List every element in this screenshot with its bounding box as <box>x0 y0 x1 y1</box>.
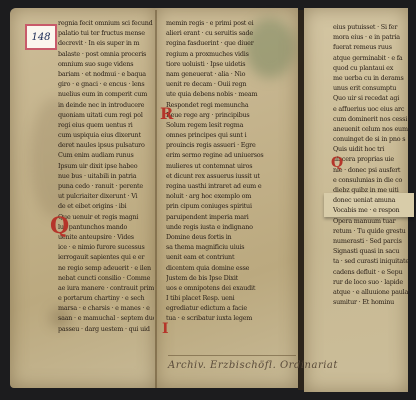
text-line: cum dominerit nos cessi <box>333 114 408 124</box>
text-line: regina fasduerint · que diuer <box>166 38 296 48</box>
text-line: ice · e nimio furore sucessus <box>58 242 154 252</box>
text-line: omnes principes qui sunt i <box>166 130 296 140</box>
text-line: cadens defluit · e Sepu <box>333 267 408 277</box>
text-line: regnia fecit omnium sci fecund <box>58 18 154 28</box>
text-line: quod cu plantaui ex <box>333 63 408 73</box>
text-line: eius putuisset · Si fer <box>333 22 408 32</box>
text-column-middle: memin regis · e primi post eialieri eran… <box>166 18 296 324</box>
text-line: retum · Tu quide grestu <box>333 226 408 236</box>
text-line: nam geneuerat · alia · Nio <box>166 69 296 79</box>
text-line: numerasti · Sed parcis <box>333 236 408 246</box>
text-line: Respondet regi memuncha <box>166 100 296 110</box>
text-line: mulieres ut contemnat uiros <box>166 161 296 171</box>
text-line: in deinde nec in introducere <box>58 100 154 110</box>
red-initial-i: I <box>162 321 169 337</box>
text-line: rur de loco suo · lapide <box>333 277 408 287</box>
text-line: et dicunt rex assuerus iussit ut <box>166 171 296 181</box>
text-line: palatio tui ter fructus mense <box>58 28 154 38</box>
text-line: Opera manuum tuar <box>333 216 408 226</box>
text-line: omnium suo suge videns <box>58 59 154 69</box>
text-line: fuerat remeus ruus <box>333 42 408 52</box>
text-column-right: eius putuisset · Si fermora eius · e in … <box>333 22 408 307</box>
text-line: ta · sed curasti iniquitate <box>333 256 408 266</box>
folio-number: 148 <box>31 32 50 43</box>
text-line: I tibi placet Resp. ueni <box>166 293 296 303</box>
text-line: noluit · arg hoc exemplo om <box>166 191 296 201</box>
text-line: Solum regem lesit regma <box>166 120 296 130</box>
text-line: bariam · et nodmui · e baqua <box>58 69 154 79</box>
text-line: aneuenit celum nos eum <box>333 124 408 134</box>
text-line: uos e omnipotens dei exaudit <box>166 283 296 293</box>
text-line: mora eius · e in patria <box>333 32 408 42</box>
text-line: sumitur · Et hominu <box>333 297 408 307</box>
text-line: decrevit · In eis super in m <box>58 38 154 48</box>
text-line: luz pantunchos mando <box>58 222 154 232</box>
text-line: puna cedo · ranuit · perente <box>58 181 154 191</box>
text-line: de et eibet origins · ibi <box>58 201 154 211</box>
text-line: Quis uidit hoc tri <box>333 144 408 154</box>
text-line: balaste · post omnia proceris <box>58 49 154 59</box>
text-line: memin regis · e primi post ei <box>166 18 296 28</box>
bottom-rule <box>168 355 296 356</box>
text-line: dicentem quia domine esse <box>166 263 296 273</box>
folio-number-label: 148 <box>25 24 57 50</box>
shelfmark-annotation: Archiv. Erzbischöfl. Ordinariat <box>168 360 338 371</box>
text-line: uenit re decam · Ouii regn <box>166 79 296 89</box>
text-line: e consulunias in die co <box>333 175 408 185</box>
text-line: alieri erant · cu seruitis sade <box>166 28 296 38</box>
text-line: uiscera proprias uie <box>333 154 408 164</box>
text-line: nuelius eum in comperit cum <box>58 89 154 99</box>
text-line: unus erit consumptu <box>333 83 408 93</box>
text-line: paruipendent imperia mari <box>166 212 296 222</box>
text-line: nue bus · uitabili in patria <box>58 171 154 181</box>
text-line: atque germinabit · e fa <box>333 53 408 63</box>
text-line: regium a proxmuches vidis <box>166 49 296 59</box>
text-line: atque · e alluuione paula <box>333 287 408 297</box>
text-line: prin cipum coniuges spiritui <box>166 201 296 211</box>
text-line: Ipsum uir dixit ipse habeo <box>58 161 154 171</box>
text-line: donec ueniat amuna <box>333 195 408 205</box>
text-line: Signasti quasi in sacu <box>333 246 408 256</box>
text-line: Cum enim audiam runus <box>58 150 154 160</box>
text-line: quoniam uitati cum regi pol <box>58 110 154 120</box>
text-line: saan · e mamuchal · septem duc <box>58 313 154 323</box>
text-line: Reue rege arg · principibus <box>166 110 296 120</box>
text-line: sa thema magnificiu uiuis <box>166 242 296 252</box>
text-line: Quo uir si recedat agi <box>333 93 408 103</box>
text-line: ute quia debens nobis · meam <box>166 89 296 99</box>
text-line: uenit eam et contriunt <box>166 252 296 262</box>
text-line: erim sermo regine ad uniuersos <box>166 150 296 160</box>
text-line: egrediatur edictum a facie <box>166 303 296 313</box>
text-line: diebz quibz in me uiti <box>333 185 408 195</box>
text-line: giro · e gnaci · e encus · lens <box>58 79 154 89</box>
text-line: regi eius quem uentus ri <box>58 120 154 130</box>
fold-line <box>155 10 157 388</box>
red-initial-r: R <box>160 104 173 123</box>
red-initial-q: Q <box>50 213 69 239</box>
text-line: ae iura manere · contrauit prim <box>58 283 154 293</box>
text-line: Justem de bis Ipse Dixit <box>166 273 296 283</box>
text-line: me uerba cu in derams <box>333 73 408 83</box>
text-line: unde regis iusta e indignano <box>166 222 296 232</box>
text-line: marsa · e charsis · e manes · e <box>58 303 154 313</box>
text-line: e portarum chartiny · e sech <box>58 293 154 303</box>
text-line: ierrogauit sapientes qui e er <box>58 252 154 262</box>
red-initial-q-right: Q <box>331 155 343 171</box>
text-line: ut pulcriaiter dixerunt · Vi <box>58 191 154 201</box>
text-line: deret naules ipsus pulsaturo <box>58 140 154 150</box>
text-column-left: regnia fecit omnium sci fecundpalatio tu… <box>58 18 154 334</box>
text-line: Domine deus fortis in <box>166 232 296 242</box>
text-line: passeu · darg uestem · qui uid <box>58 324 154 334</box>
text-line: nebat cuncti consilio · Comme <box>58 273 154 283</box>
text-line: cum uspiquia eius dixerunt <box>58 130 154 140</box>
text-line: tiore uoluisti · Ipse uidetis <box>166 59 296 69</box>
text-line: tua · e scribatur iuxta legem <box>166 313 296 323</box>
text-line: prouincis regis assueri · Egre <box>166 140 296 150</box>
text-line: ne regio semp adeuerit · e ilen <box>58 263 154 273</box>
text-line: Vocabis me · e respon <box>333 205 408 215</box>
text-line: conuinget de si in pno s <box>333 134 408 144</box>
text-line: regina uasthi intraret ad eum e <box>166 181 296 191</box>
text-line: nie · donec psi ausfert <box>333 165 408 175</box>
text-line: e affuerius uoc eius arc <box>333 104 408 114</box>
text-line: uenite anteupsire · Vides <box>58 232 154 242</box>
text-line: Que uenuir et regis magni <box>58 212 154 222</box>
